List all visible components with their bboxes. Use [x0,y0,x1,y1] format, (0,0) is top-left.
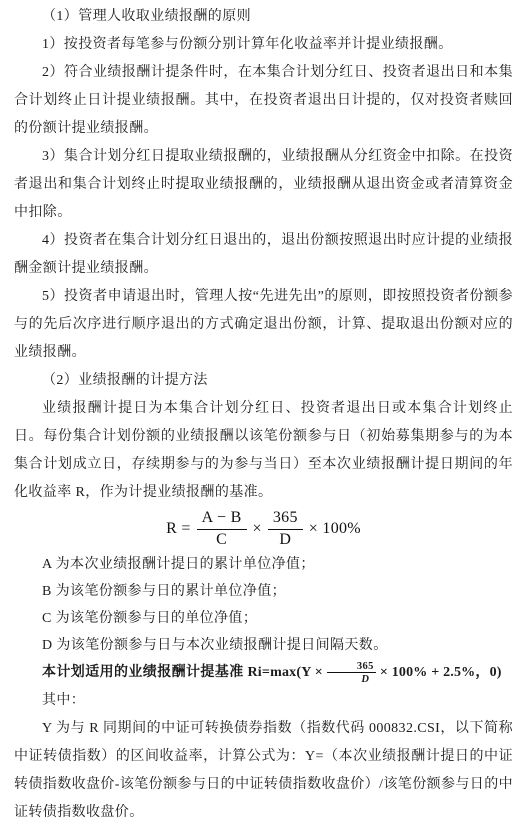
fraction-365-over-d: 365 D [268,509,303,549]
definition-a: A 为本次业绩报酬计提日的累计单位净值； [14,551,513,578]
document-page: （1）管理人收取业绩报酬的原则 1）按投资者每笔参与份额分别计算年化收益率并计提… [0,0,529,828]
definition-c: C 为该笔份额参与日的单位净值； [14,605,513,632]
paragraph-principle-2: 2）符合业绩报酬计提条件时，在本集合计划分红日、投资者退出日和本集合计划终止日计… [14,59,513,143]
fraction-denominator: D [279,530,291,549]
paragraph-index-y-definition: Y 为与 R 同期间的中证可转换债券指数（指数代码 000832.CSI，以下简… [14,715,513,827]
among-which-label: 其中： [14,687,513,715]
multiply-sign: × [253,520,262,538]
inline-fraction-365-over-d: 365D [327,661,376,685]
paragraph-principle-4: 4）投资者在集合计划分红日退出的，退出份额按照退出时应计提的业绩报酬金额计提业绩… [14,227,513,283]
paragraph-principle-3: 3）集合计划分红日提取业绩报酬的，业绩报酬从分红资金中扣除。在投资者退出和集合计… [14,143,513,227]
fraction-numerator: 365 [268,509,303,529]
paragraph-principle-5: 5）投资者申请退出时，管理人按“先进先出”的原则，即按照投资者份额参与的先后次序… [14,283,513,367]
paragraph-accrual-method: 业绩报酬计提日为本集合计划分红日、投资者退出日或本集合计划终止日。每份集合计划份… [14,395,513,507]
fraction-denominator: D [333,673,369,685]
benchmark-statement: 本计划适用的业绩报酬计提基准 Ri=max(Y ×365D× 100% + 2.… [14,659,513,687]
heading-section-2: （2）业绩报酬的计提方法 [14,367,513,395]
formula-tail: × 100% [309,520,361,538]
benchmark-prefix: 本计划适用的业绩报酬计提基准 [42,665,248,680]
formula-lhs: R = [166,520,191,538]
definition-d: D 为该笔份额参与日与本次业绩报酬计提日间隔天数。 [14,632,513,659]
formula-annualized-return: R = A − B C × 365 D × 100% [14,509,513,549]
fraction-a-minus-b-over-c: A − B C [197,509,247,549]
benchmark-formula-start: Ri=max(Y × [248,665,323,680]
fraction-numerator: A − B [197,509,247,529]
heading-section-1: （1）管理人收取业绩报酬的原则 [14,3,513,31]
benchmark-formula-end: × 100% + 2.5%，0) [380,665,502,680]
fraction-denominator: C [216,530,227,549]
paragraph-principle-1: 1）按投资者每笔参与份额分别计算年化收益率并计提业绩报酬。 [14,31,513,59]
definition-b: B 为该笔份额参与日的累计单位净值； [14,578,513,605]
fraction-numerator: 365 [327,661,376,673]
